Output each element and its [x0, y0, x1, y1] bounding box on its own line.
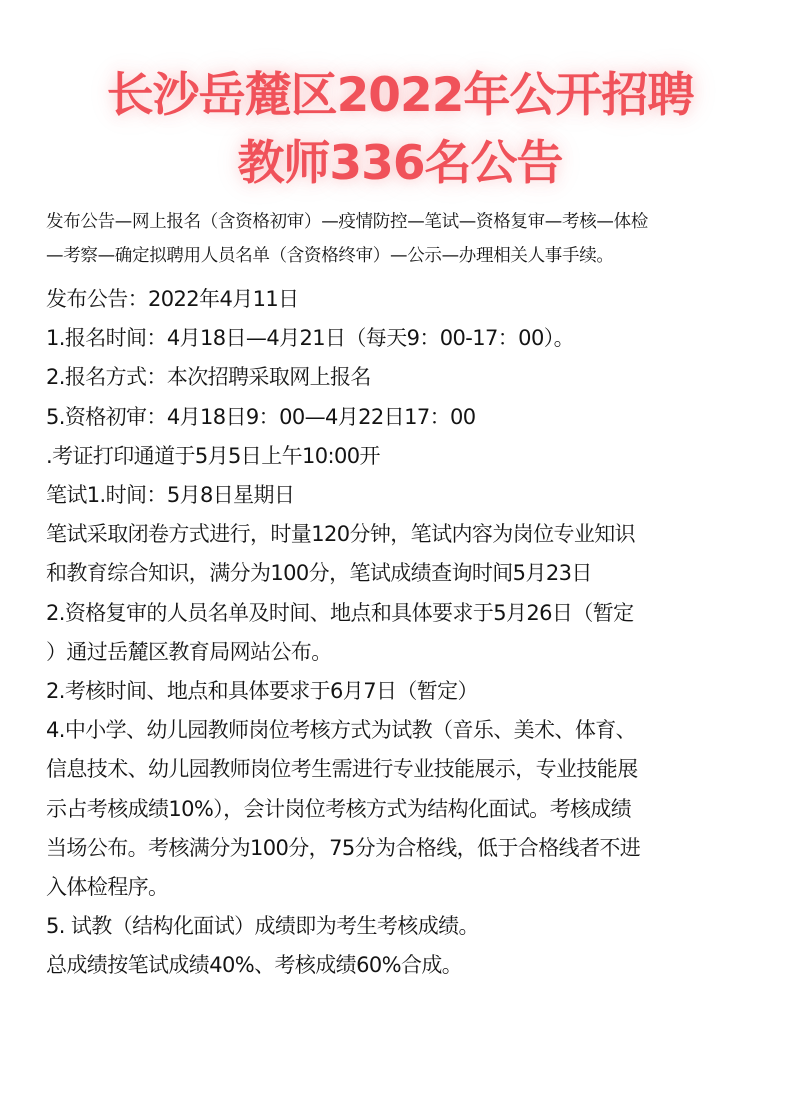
re-review-line: ）通过岳麓区教育局网站公布。	[46, 633, 776, 672]
written-exam-time-line: 笔试1.时间：5月8日星期日	[46, 476, 776, 515]
process-overview: 发布公告—网上报名（含资格初审）—疫情防控—笔试—资格复审—考核—体检 —考察—…	[46, 205, 766, 273]
initial-review-line: 5.资格初审：4月18日9：00—4月22日17：00	[46, 398, 776, 437]
announcement-title-line-2: 教师336名公告	[0, 134, 800, 194]
process-overview-line: —考察—确定拟聘用人员名单（含资格终审）—公示—办理相关人事手续。	[46, 239, 766, 273]
announcement-title-line-1: 长沙岳麓区2022年公开招聘	[0, 66, 800, 126]
trial-teaching-score-line: 5. 试教（结构化面试）成绩即为考生考核成绩。	[46, 907, 776, 946]
assessment-method-line: 示占考核成绩10%），会计岗位考核方式为结构化面试。考核成绩	[46, 790, 776, 829]
admission-ticket-line: .考证打印通道于5月5日上午10:00开	[46, 437, 776, 476]
written-exam-detail-line: 和教育综合知识，满分为100分，笔试成绩查询时间5月23日	[46, 554, 776, 593]
announcement-body: 发布公告：2022年4月11日 1.报名时间：4月18日—4月21日（每天9：0…	[46, 280, 776, 986]
total-score-line: 总成绩按笔试成绩40%、考核成绩60%合成。	[46, 946, 776, 985]
registration-time-line: 1.报名时间：4月18日—4月21日（每天9：00-17：00）。	[46, 319, 776, 358]
publish-date-line: 发布公告：2022年4月11日	[46, 280, 776, 319]
written-exam-detail-line: 笔试采取闭卷方式进行，时量120分钟，笔试内容为岗位专业知识	[46, 515, 776, 554]
assessment-method-line: 4.中小学、幼儿园教师岗位考核方式为试教（音乐、美术、体育、	[46, 711, 776, 750]
assessment-method-line: 入体检程序。	[46, 868, 776, 907]
assessment-method-line: 信息技术、幼儿园教师岗位考生需进行专业技能展示，专业技能展	[46, 750, 776, 789]
assessment-time-line: 2.考核时间、地点和具体要求于6月7日（暂定）	[46, 672, 776, 711]
assessment-method-line: 当场公布。考核满分为100分，75分为合格线，低于合格线者不进	[46, 829, 776, 868]
re-review-line: 2.资格复审的人员名单及时间、地点和具体要求于5月26日（暂定	[46, 594, 776, 633]
registration-method-line: 2.报名方式：本次招聘采取网上报名	[46, 358, 776, 397]
process-overview-line: 发布公告—网上报名（含资格初审）—疫情防控—笔试—资格复审—考核—体检	[46, 205, 766, 239]
